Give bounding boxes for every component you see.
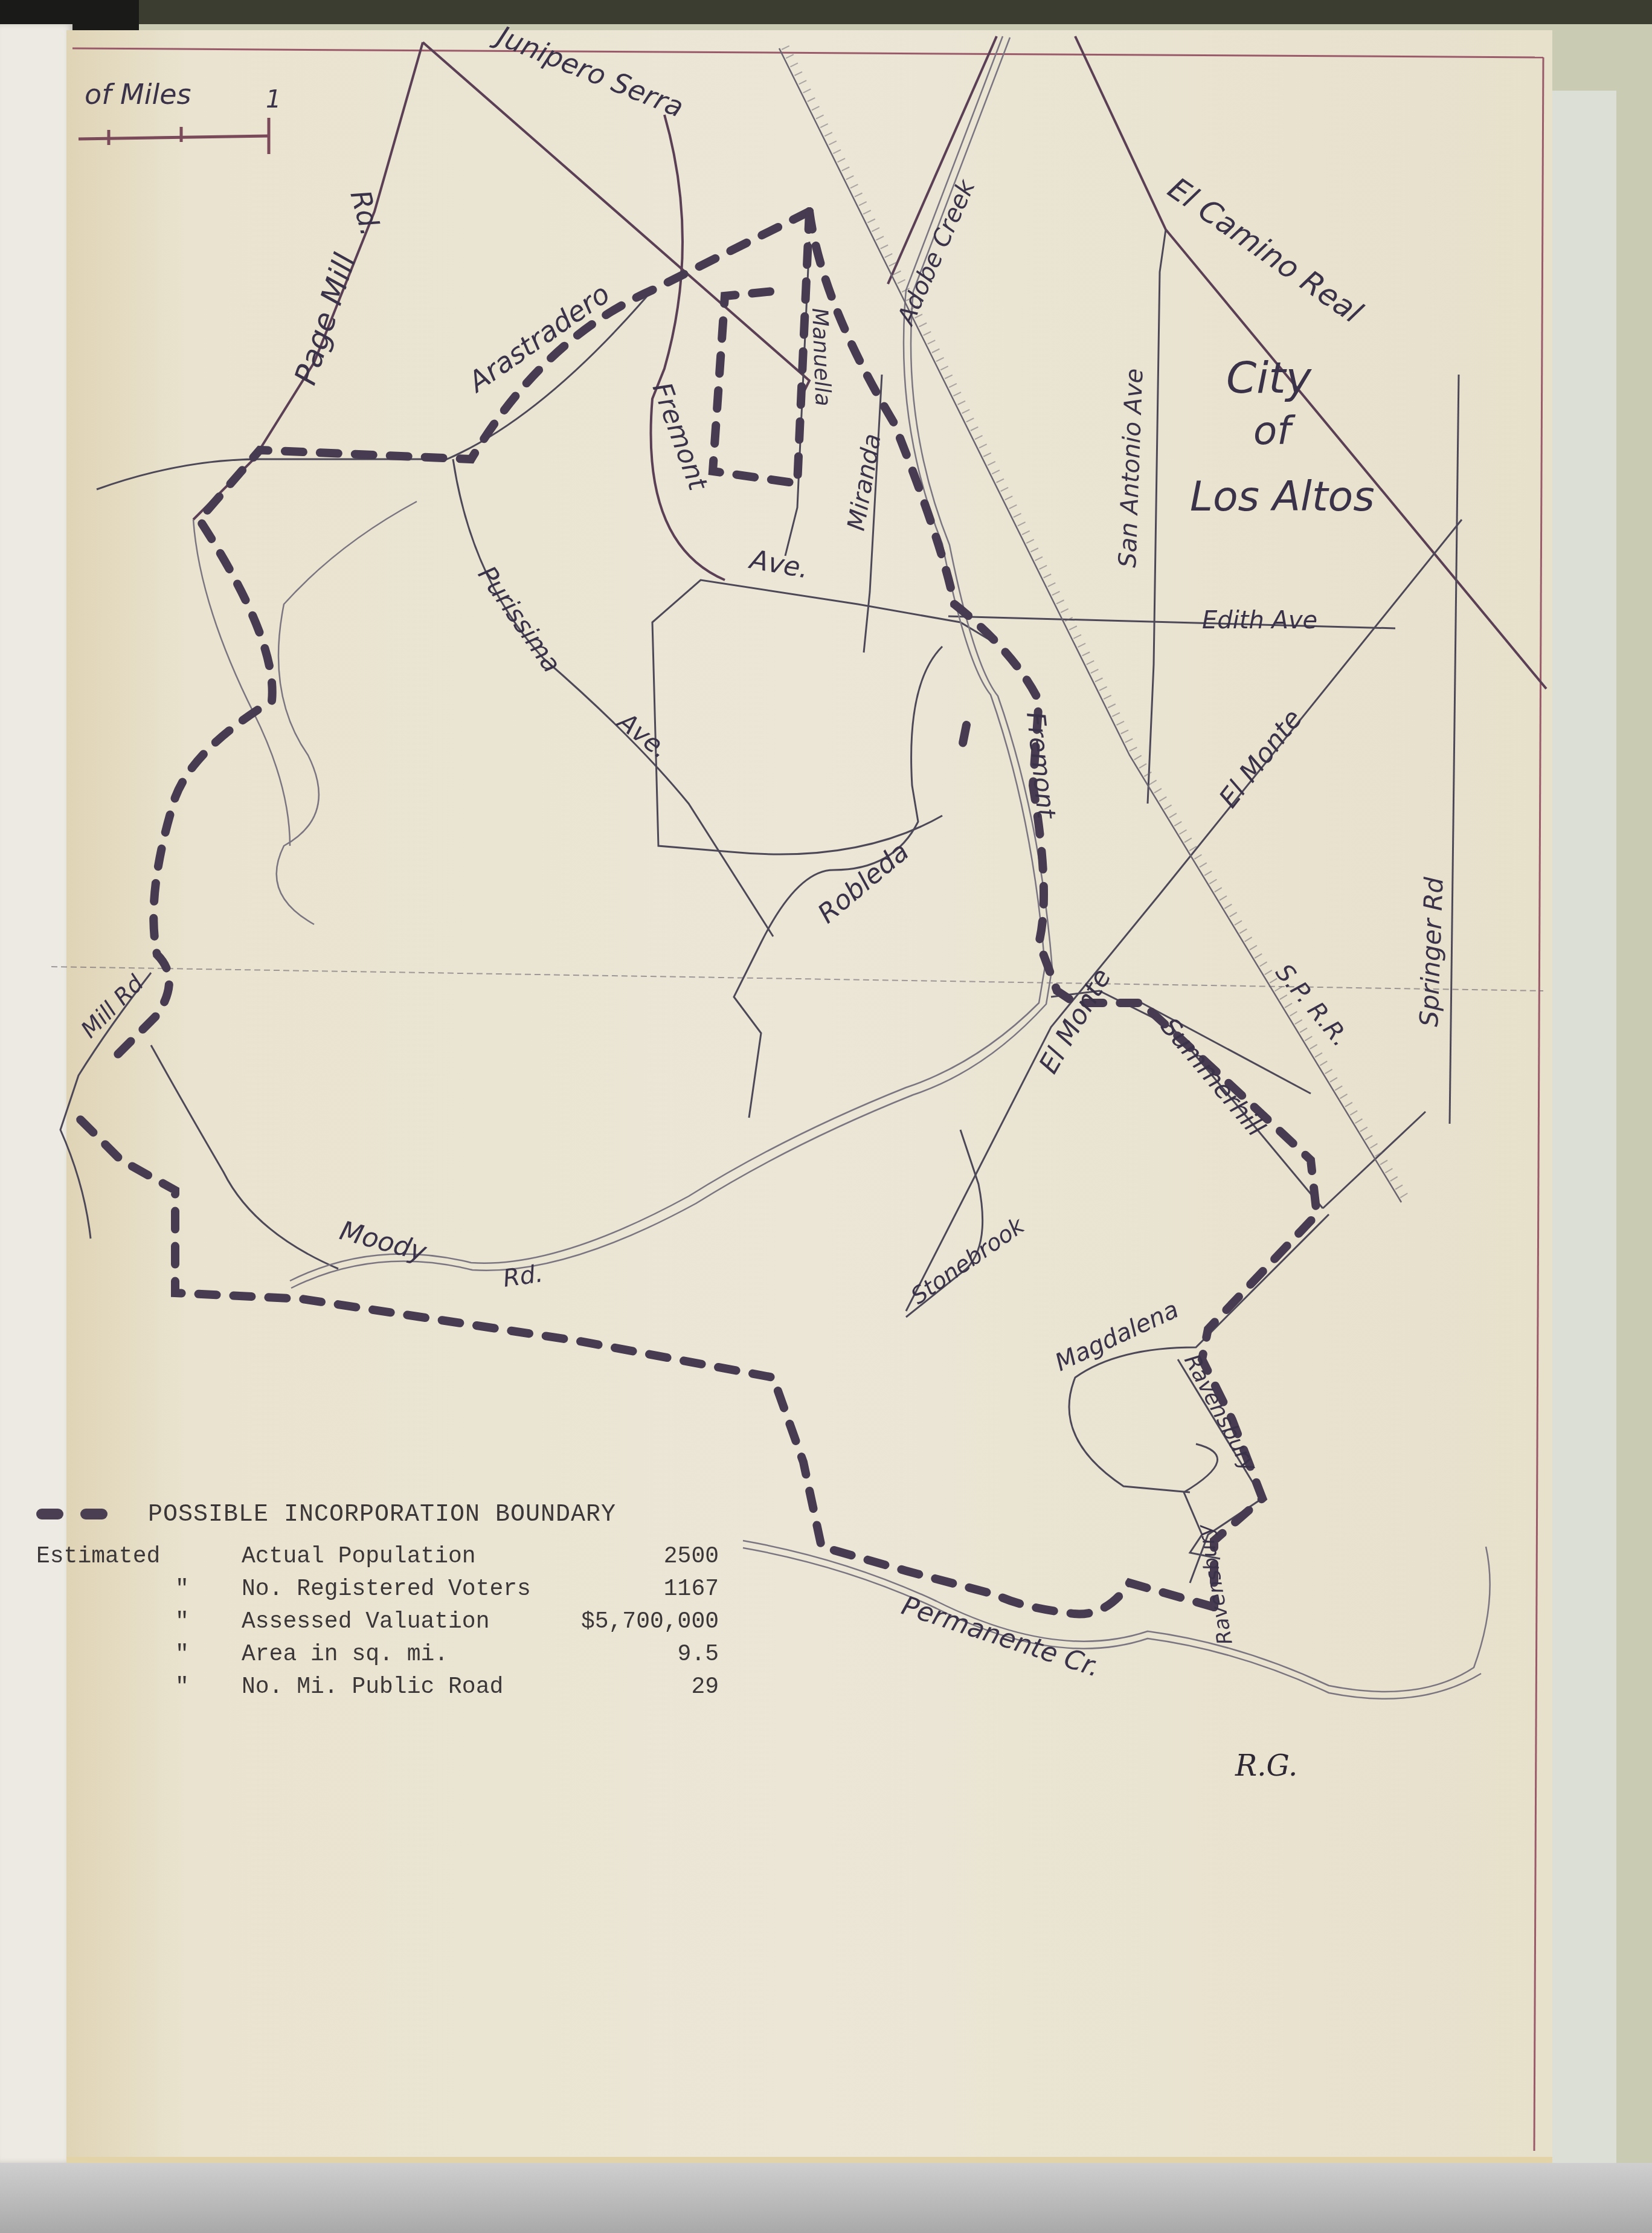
label-mill-rd: Mill Rd xyxy=(76,970,149,1043)
robleda xyxy=(734,646,942,1118)
label-page-mill: Page Mill xyxy=(288,250,362,389)
purissima-ave xyxy=(453,459,773,936)
label-permanente-creek: Permanente Cr. xyxy=(898,1590,1104,1683)
label-fremont: Fremont xyxy=(1021,710,1061,821)
stat-row: Estimated Actual Population 2500 xyxy=(36,1544,719,1576)
scale-bar xyxy=(79,118,269,154)
moody-west xyxy=(151,1045,338,1269)
label-purissima: Purissima xyxy=(472,561,567,678)
stat-value: 9.5 xyxy=(678,1642,719,1667)
label-moody-rd: Rd. xyxy=(501,1260,545,1293)
san-antonio-ave xyxy=(1148,230,1166,804)
label-page-mill-rd: Rd. xyxy=(344,187,387,239)
label-san-antonio-ave: San Antonio Ave xyxy=(1114,368,1148,569)
label-adobe-creek: Adobe Creek xyxy=(892,175,981,330)
label-los-altos: Los Altos xyxy=(1190,473,1375,521)
label-stonebrook: Stonebrook xyxy=(906,1211,1030,1309)
label-purissima-ave: Ave. xyxy=(611,705,675,764)
label-el-camino-real: El Camino Real xyxy=(1162,170,1369,330)
top-border-line xyxy=(72,48,1543,57)
stat-row: " Assessed Valuation $5,700,000 xyxy=(36,1609,719,1642)
stats-table: Estimated Actual Population 2500 " No. R… xyxy=(36,1544,719,1707)
edith-ave xyxy=(948,616,1395,628)
stat-label: Area in sq. mi. xyxy=(242,1642,448,1667)
stat-row: " No. Mi. Public Road 29 xyxy=(36,1674,719,1707)
stat-row: " No. Registered Voters 1167 xyxy=(36,1576,719,1609)
label-springer-rd: Springer Rd xyxy=(1414,877,1449,1028)
summerhill-east xyxy=(1323,1112,1425,1208)
page-mill-creek xyxy=(277,501,417,924)
scale-label: of Miles xyxy=(85,78,191,111)
label-manuella: Manuella xyxy=(807,308,835,407)
boundary-swatch-icon xyxy=(36,1509,127,1521)
label-city: City xyxy=(1226,352,1313,403)
stat-label: Actual Population xyxy=(242,1544,476,1570)
label-miranda: Miranda xyxy=(843,431,887,532)
label-of: of xyxy=(1253,409,1296,454)
permanente-creek xyxy=(743,1541,1490,1692)
hand-drawn-map: of Miles 1 xyxy=(0,0,1652,2233)
stat-label: No. Registered Voters xyxy=(242,1576,531,1602)
right-border-line xyxy=(1534,57,1543,2151)
stat-value: 2500 xyxy=(664,1544,719,1570)
stat-label: Assessed Valuation xyxy=(242,1609,489,1635)
fremont-ave xyxy=(652,580,991,854)
stat-value: 29 xyxy=(691,1674,719,1700)
label-el-monte-south: El Monte xyxy=(1033,963,1117,1078)
label-ravensbury: Ravensbury xyxy=(1179,1350,1262,1477)
stat-row: " Area in sq. mi. 9.5 xyxy=(36,1642,719,1674)
stat-prefix: Estimated xyxy=(36,1544,236,1570)
label-arastradero: Arastradero xyxy=(461,277,615,399)
signature: R.G. xyxy=(1235,1749,1297,1783)
label-robleda: Robleda xyxy=(812,836,914,930)
label-junipero-serra: Junipero Serra xyxy=(488,18,688,124)
stat-label: No. Mi. Public Road xyxy=(242,1674,503,1700)
label-fremont-ave: Fremont xyxy=(646,378,714,495)
label-edith-ave: Edith Ave xyxy=(1202,607,1317,634)
springer-rd xyxy=(1450,375,1459,1124)
label-ravensbury-south: Ravensbury xyxy=(1192,1522,1238,1647)
stat-value: 1167 xyxy=(664,1576,719,1602)
stat-value: $5,700,000 xyxy=(581,1609,719,1635)
label-fremont-ave-suffix: Ave. xyxy=(746,544,811,585)
fold-line xyxy=(51,967,1543,991)
label-magdalena: Magdalena xyxy=(1051,1295,1183,1377)
legend-boundary-label: POSSIBLE INCORPORATION BOUNDARY xyxy=(148,1501,616,1529)
label-summerhill: Summerhill xyxy=(1155,1012,1271,1142)
scale-end-label: 1 xyxy=(266,86,281,114)
page-mill-road xyxy=(193,42,423,520)
label-el-monte-north: El Monte xyxy=(1213,704,1308,814)
label-sp-railroad: S.P. R.R. xyxy=(1270,959,1354,1052)
